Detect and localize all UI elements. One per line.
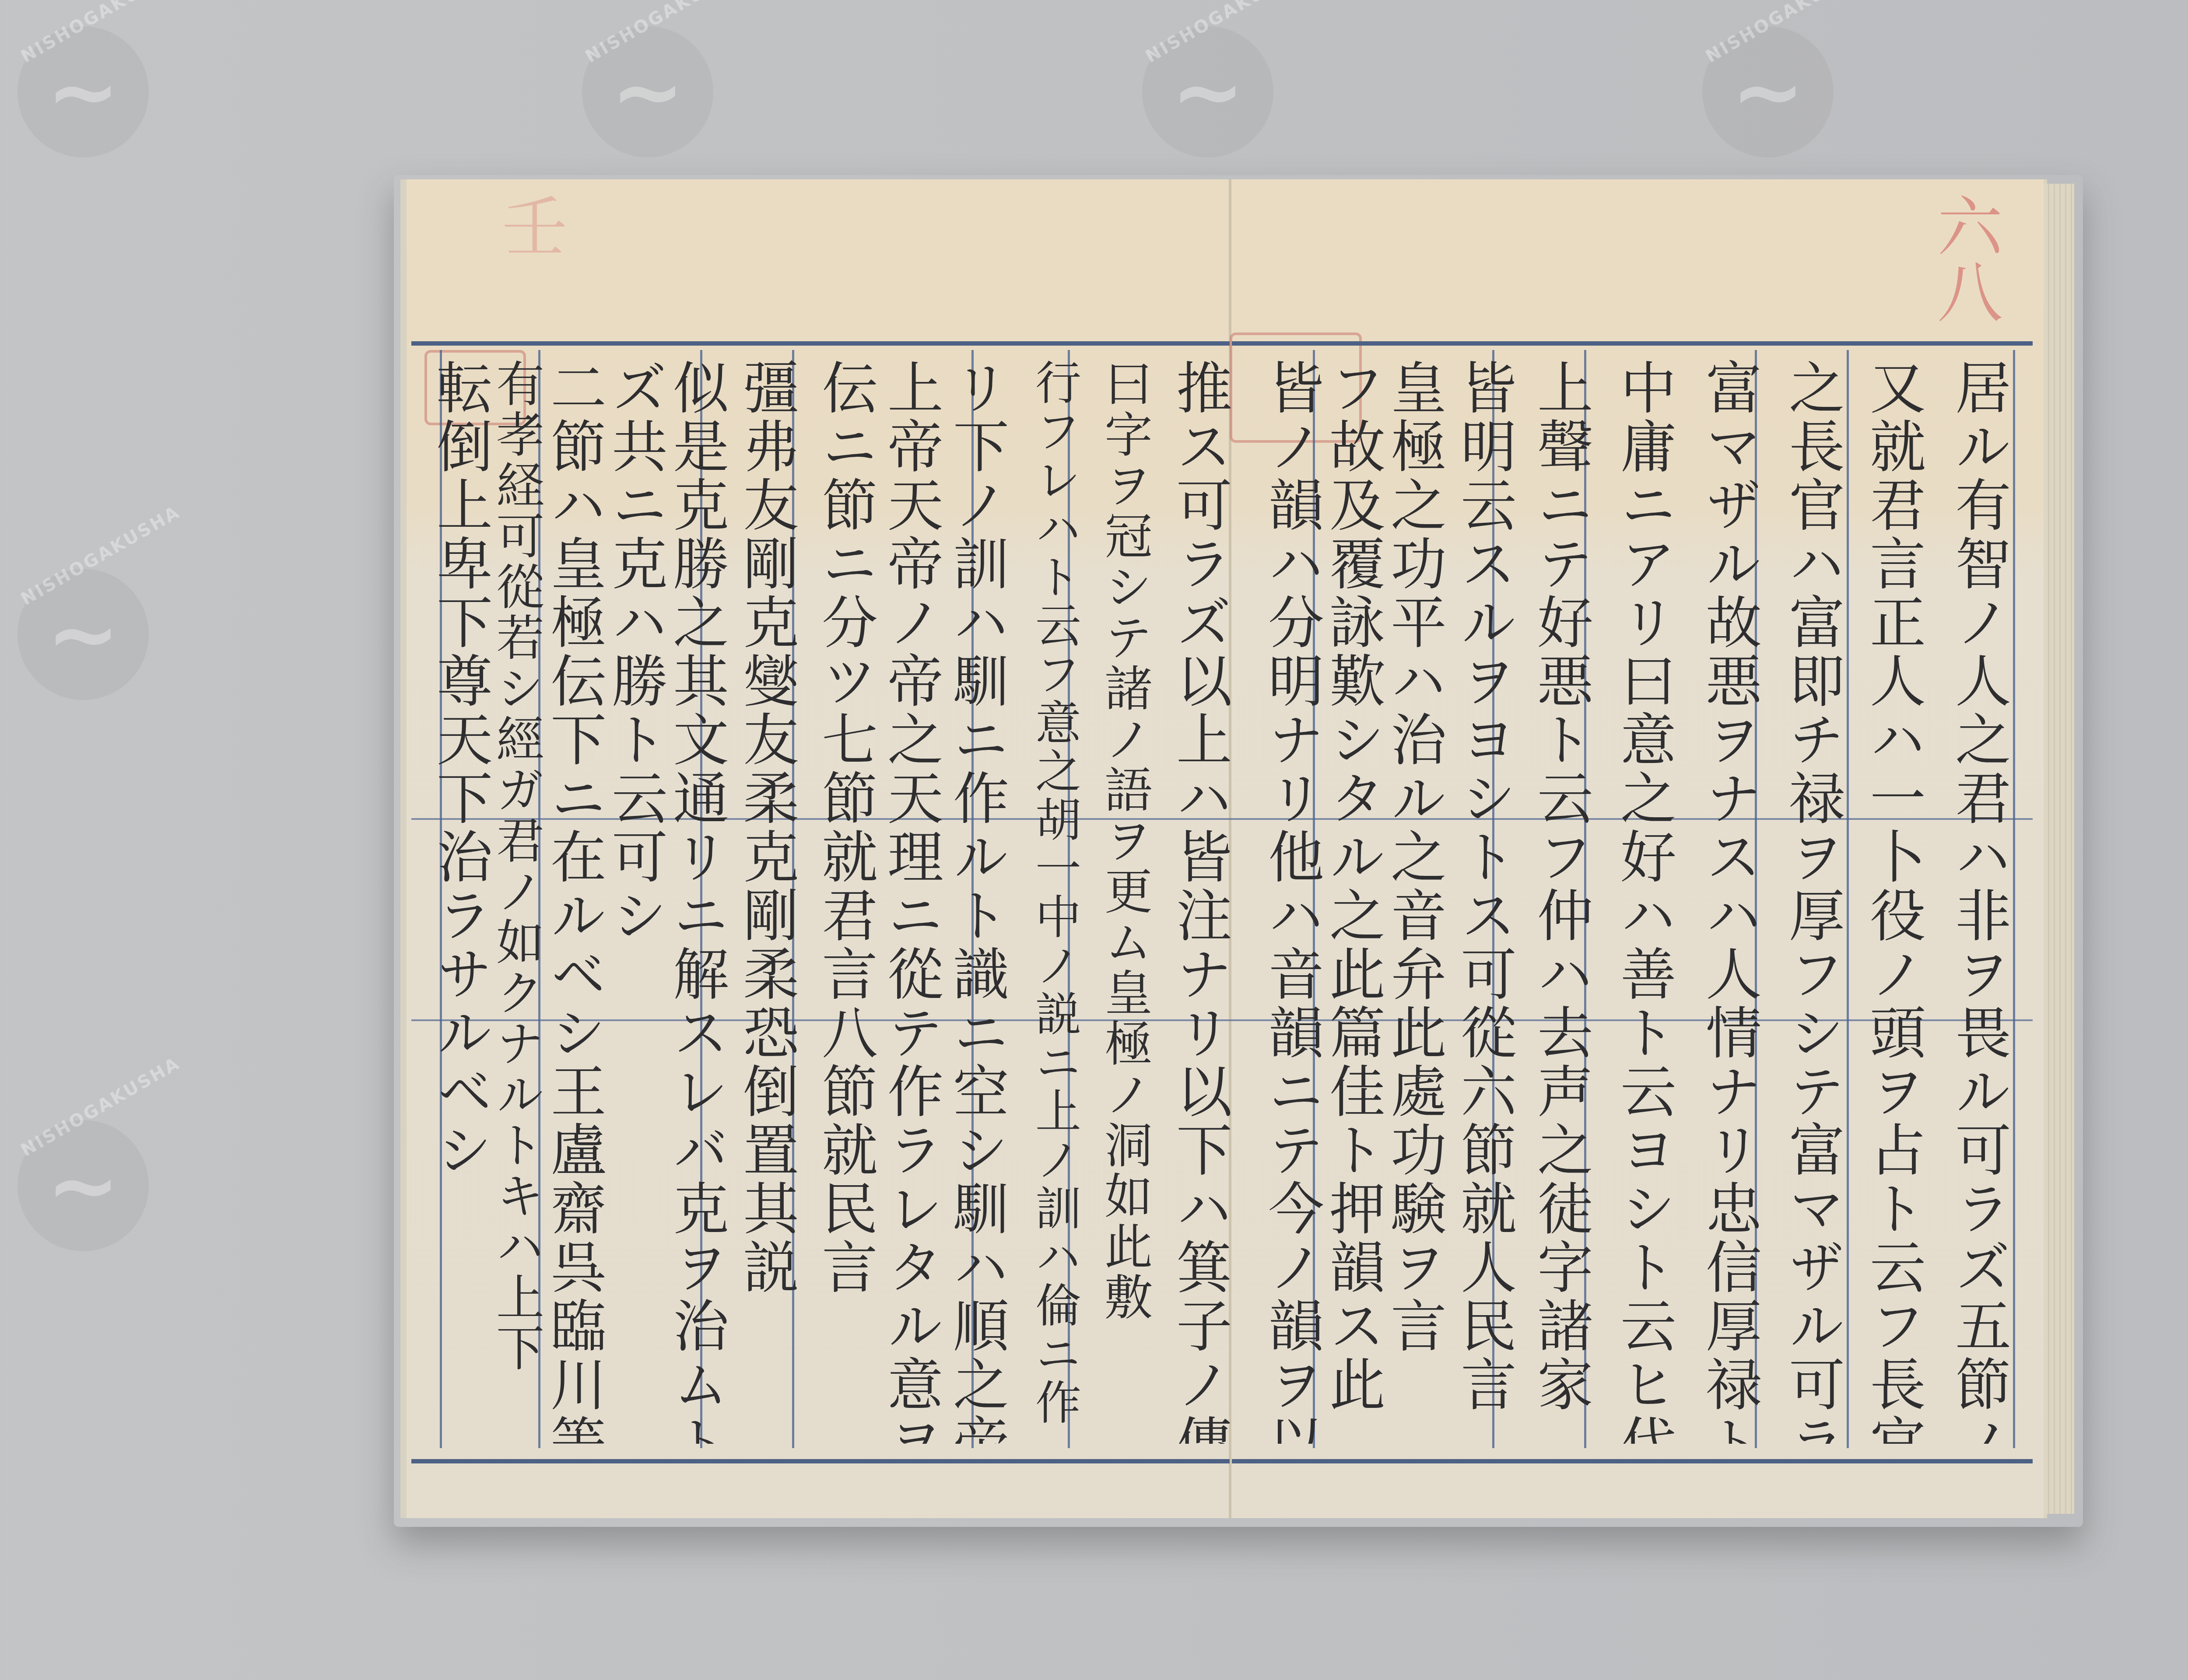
text-column: 伝ニ節ニ分ツ七節就君言八節就民言 (805, 359, 884, 1444)
text-column: 皆ノ韻ハ分明ナリ他ハ音韻ニテ今ノ韻ヲ以テ (1252, 359, 1330, 1444)
watermark-logo: NISHOGAKUSHA~ (1702, 26, 1834, 157)
text-column: 中庸ニアリ曰意之好ハ善ト云ヨシト云ヒ代ハ (1604, 359, 1683, 1444)
page-edges (2044, 184, 2074, 1514)
watermark-logo: NISHOGAKUSHA~ (18, 569, 149, 700)
watermark-logo: NISHOGAKUSHA~ (582, 26, 713, 157)
text-column: 彊弗友剛克燮友柔克剛柔恐倒置其説 (726, 359, 805, 1444)
red-mark-left: 壬 (481, 192, 576, 258)
watermark-logo: NISHOGAKUSHA~ (1142, 26, 1273, 157)
red-page-number-right: 六八 (1917, 192, 2011, 324)
watermark-logo: NISHOGAKUSHA~ (18, 26, 149, 157)
watermark-logo: NISHOGAKUSHA~ (18, 1120, 149, 1251)
text-column: 曰字ヲ冠シテ諸ノ語ヲ更ム皇極ノ洞如此敷 (1085, 359, 1164, 1444)
text-column: 推ス可ラズ以上ハ皆注ナリ以下ハ箕子ノ傳之教ニ (1160, 359, 1238, 1444)
text-column: 居ル有智ノ人之君ハ非ヲ畏ル可ラズ五節ノ (1939, 359, 2017, 1444)
text-column: 転倒上卑下尊天下治ラサルベシ (420, 359, 499, 1444)
text-column: 上聲ニテ好悪ト云フ仲ハ去声之徒字諸家 (1521, 359, 1599, 1444)
text-column: 又就君言正人ハ一卜役ノ頭ヲ占ト云フ長官 (1853, 359, 1932, 1444)
text-column: 之長官ハ富即チ禄ヲ厚フシテ富マザル可ラズ (1772, 359, 1851, 1444)
text-column: 富マザル故悪ヲナスハ人情ナリ忠信厚禄ト (1689, 359, 1768, 1444)
text-column: 皆明云スルヲヨシトス可從六節就人民言 (1444, 359, 1523, 1444)
text-column: 行フレハト云フ意之胡一中ノ説ニ上ノ訓ハ倫ニ作 (1015, 359, 1094, 1444)
